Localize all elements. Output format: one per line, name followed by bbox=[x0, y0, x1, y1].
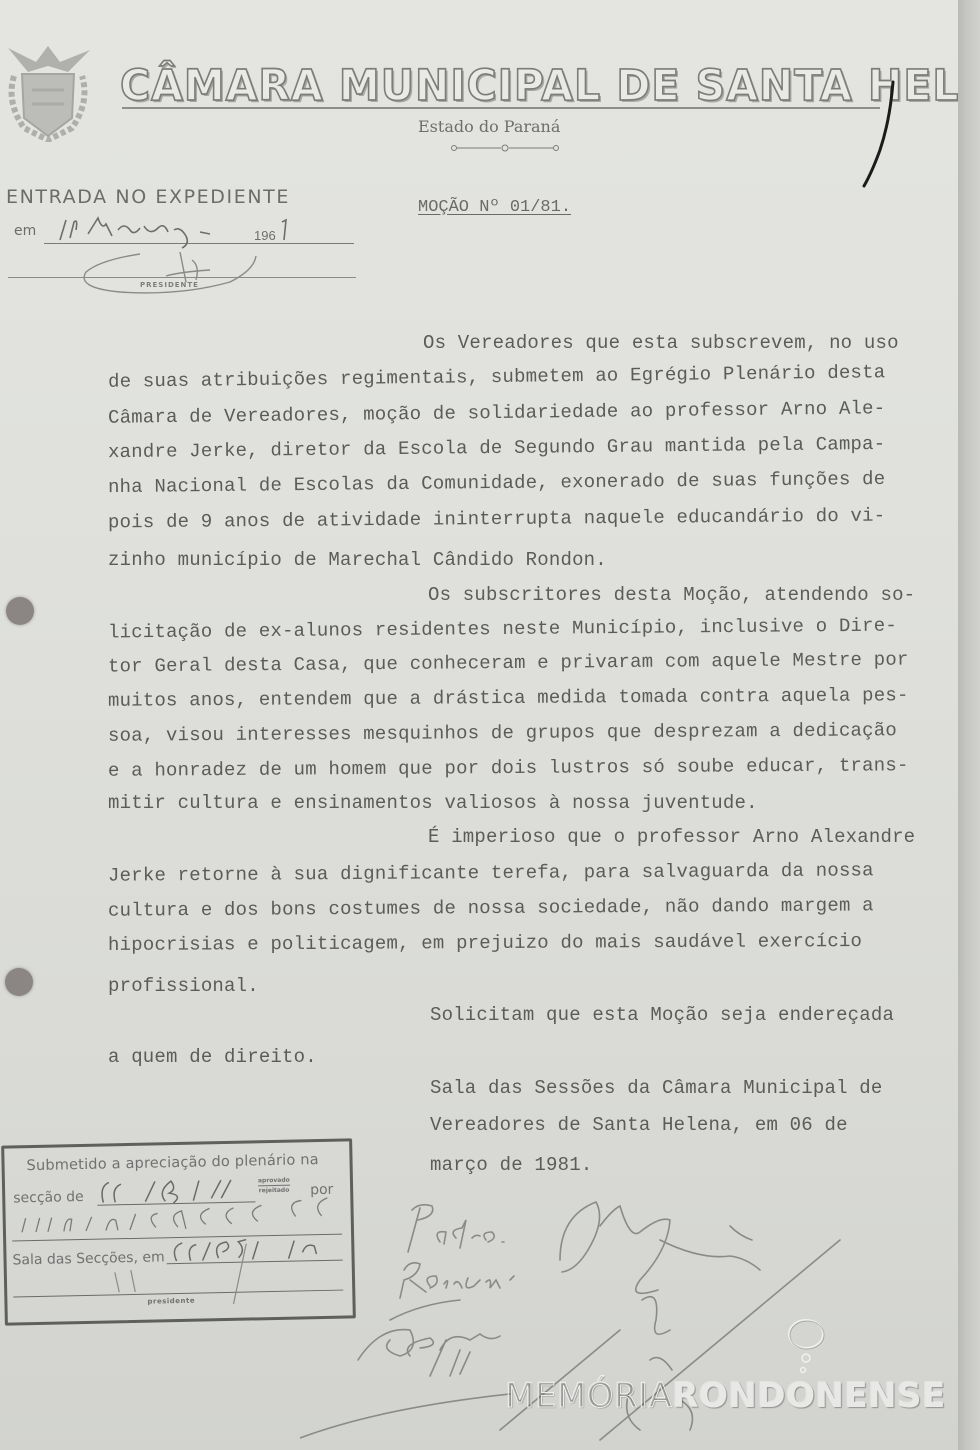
body-line: zinho município de Marechal Cândido Rond… bbox=[108, 549, 607, 571]
body-line: Vereadores de Santa Helena, em 06 de bbox=[430, 1114, 848, 1136]
watermark: MEMÓRIARONDONENSE bbox=[505, 1376, 946, 1416]
watermark-part2: RONDONENSE bbox=[672, 1376, 946, 1416]
body-line: É imperioso que o professor Arno Alexand… bbox=[428, 826, 915, 848]
page-edge-background bbox=[958, 0, 980, 1450]
body-line: cultura e dos bons costumes de nossa soc… bbox=[108, 894, 874, 921]
body-line: xandre Jerke, diretor da Escola de Segun… bbox=[108, 433, 886, 463]
entry-stamp-em-label: em bbox=[14, 223, 36, 239]
body-line: Os Vereadores que esta subscrevem, no us… bbox=[423, 332, 899, 354]
pen-mark-icon bbox=[860, 80, 900, 190]
parana-coat-of-arms-icon bbox=[2, 40, 94, 142]
body-line: muitos anos, entendem que a drástica med… bbox=[108, 684, 909, 712]
document-page: CÂMARA MUNICIPAL DE SANTA HELENA Estado … bbox=[0, 0, 958, 1450]
body-line: profissional. bbox=[108, 975, 259, 997]
body-line: tor Geral desta Casa, que conheceram e p… bbox=[108, 649, 909, 678]
entry-handwriting: 196 bbox=[40, 200, 360, 310]
body-line: Câmara de Vereadores, moção de solidarie… bbox=[108, 397, 886, 428]
body-line: Os subscritores desta Moção, atendendo s… bbox=[428, 584, 915, 606]
body-line: março de 1981. bbox=[430, 1154, 592, 1176]
ornament-divider-icon bbox=[450, 143, 560, 153]
body-line: de suas atribuições regimentais, submete… bbox=[108, 361, 886, 392]
watermark-bubble-icon bbox=[781, 1318, 831, 1378]
body-line: nha Nacional de Escolas da Comunidade, e… bbox=[108, 468, 886, 498]
punch-hole bbox=[6, 597, 34, 625]
letterhead-title: CÂMARA MUNICIPAL DE SANTA HELENA bbox=[120, 60, 890, 110]
watermark-part1: MEMÓRIA bbox=[505, 1376, 672, 1416]
letterhead-rule bbox=[122, 107, 880, 109]
punch-hole bbox=[5, 968, 33, 996]
body-line: mitir cultura e ensinamentos valiosos à … bbox=[108, 792, 758, 814]
body-line: licitação de ex-alunos residentes neste … bbox=[108, 615, 897, 644]
body-line: a quem de direito. bbox=[108, 1046, 317, 1068]
motion-number: MOÇÃO Nº 01/81. bbox=[418, 198, 571, 217]
body-line: soa, visou interesses mesquinhos de grup… bbox=[108, 719, 897, 747]
body-line: Sala das Sessões da Câmara Municipal de bbox=[430, 1077, 882, 1099]
letterhead-subtitle: Estado do Paraná bbox=[418, 117, 560, 136]
body-line: e a honradez de um homem que por dois lu… bbox=[108, 754, 909, 782]
body-line: pois de 9 anos de atividade ininterrupta… bbox=[108, 505, 885, 534]
body-line: Solicitam que esta Moção seja endereçada bbox=[430, 1004, 894, 1026]
entry-year-prefix: 196 bbox=[254, 228, 276, 243]
body-line: hipocrisias e politicagem, em prejuizo d… bbox=[108, 930, 862, 956]
body-line: Jerke retorne à sua dignificante terefa,… bbox=[108, 859, 874, 886]
